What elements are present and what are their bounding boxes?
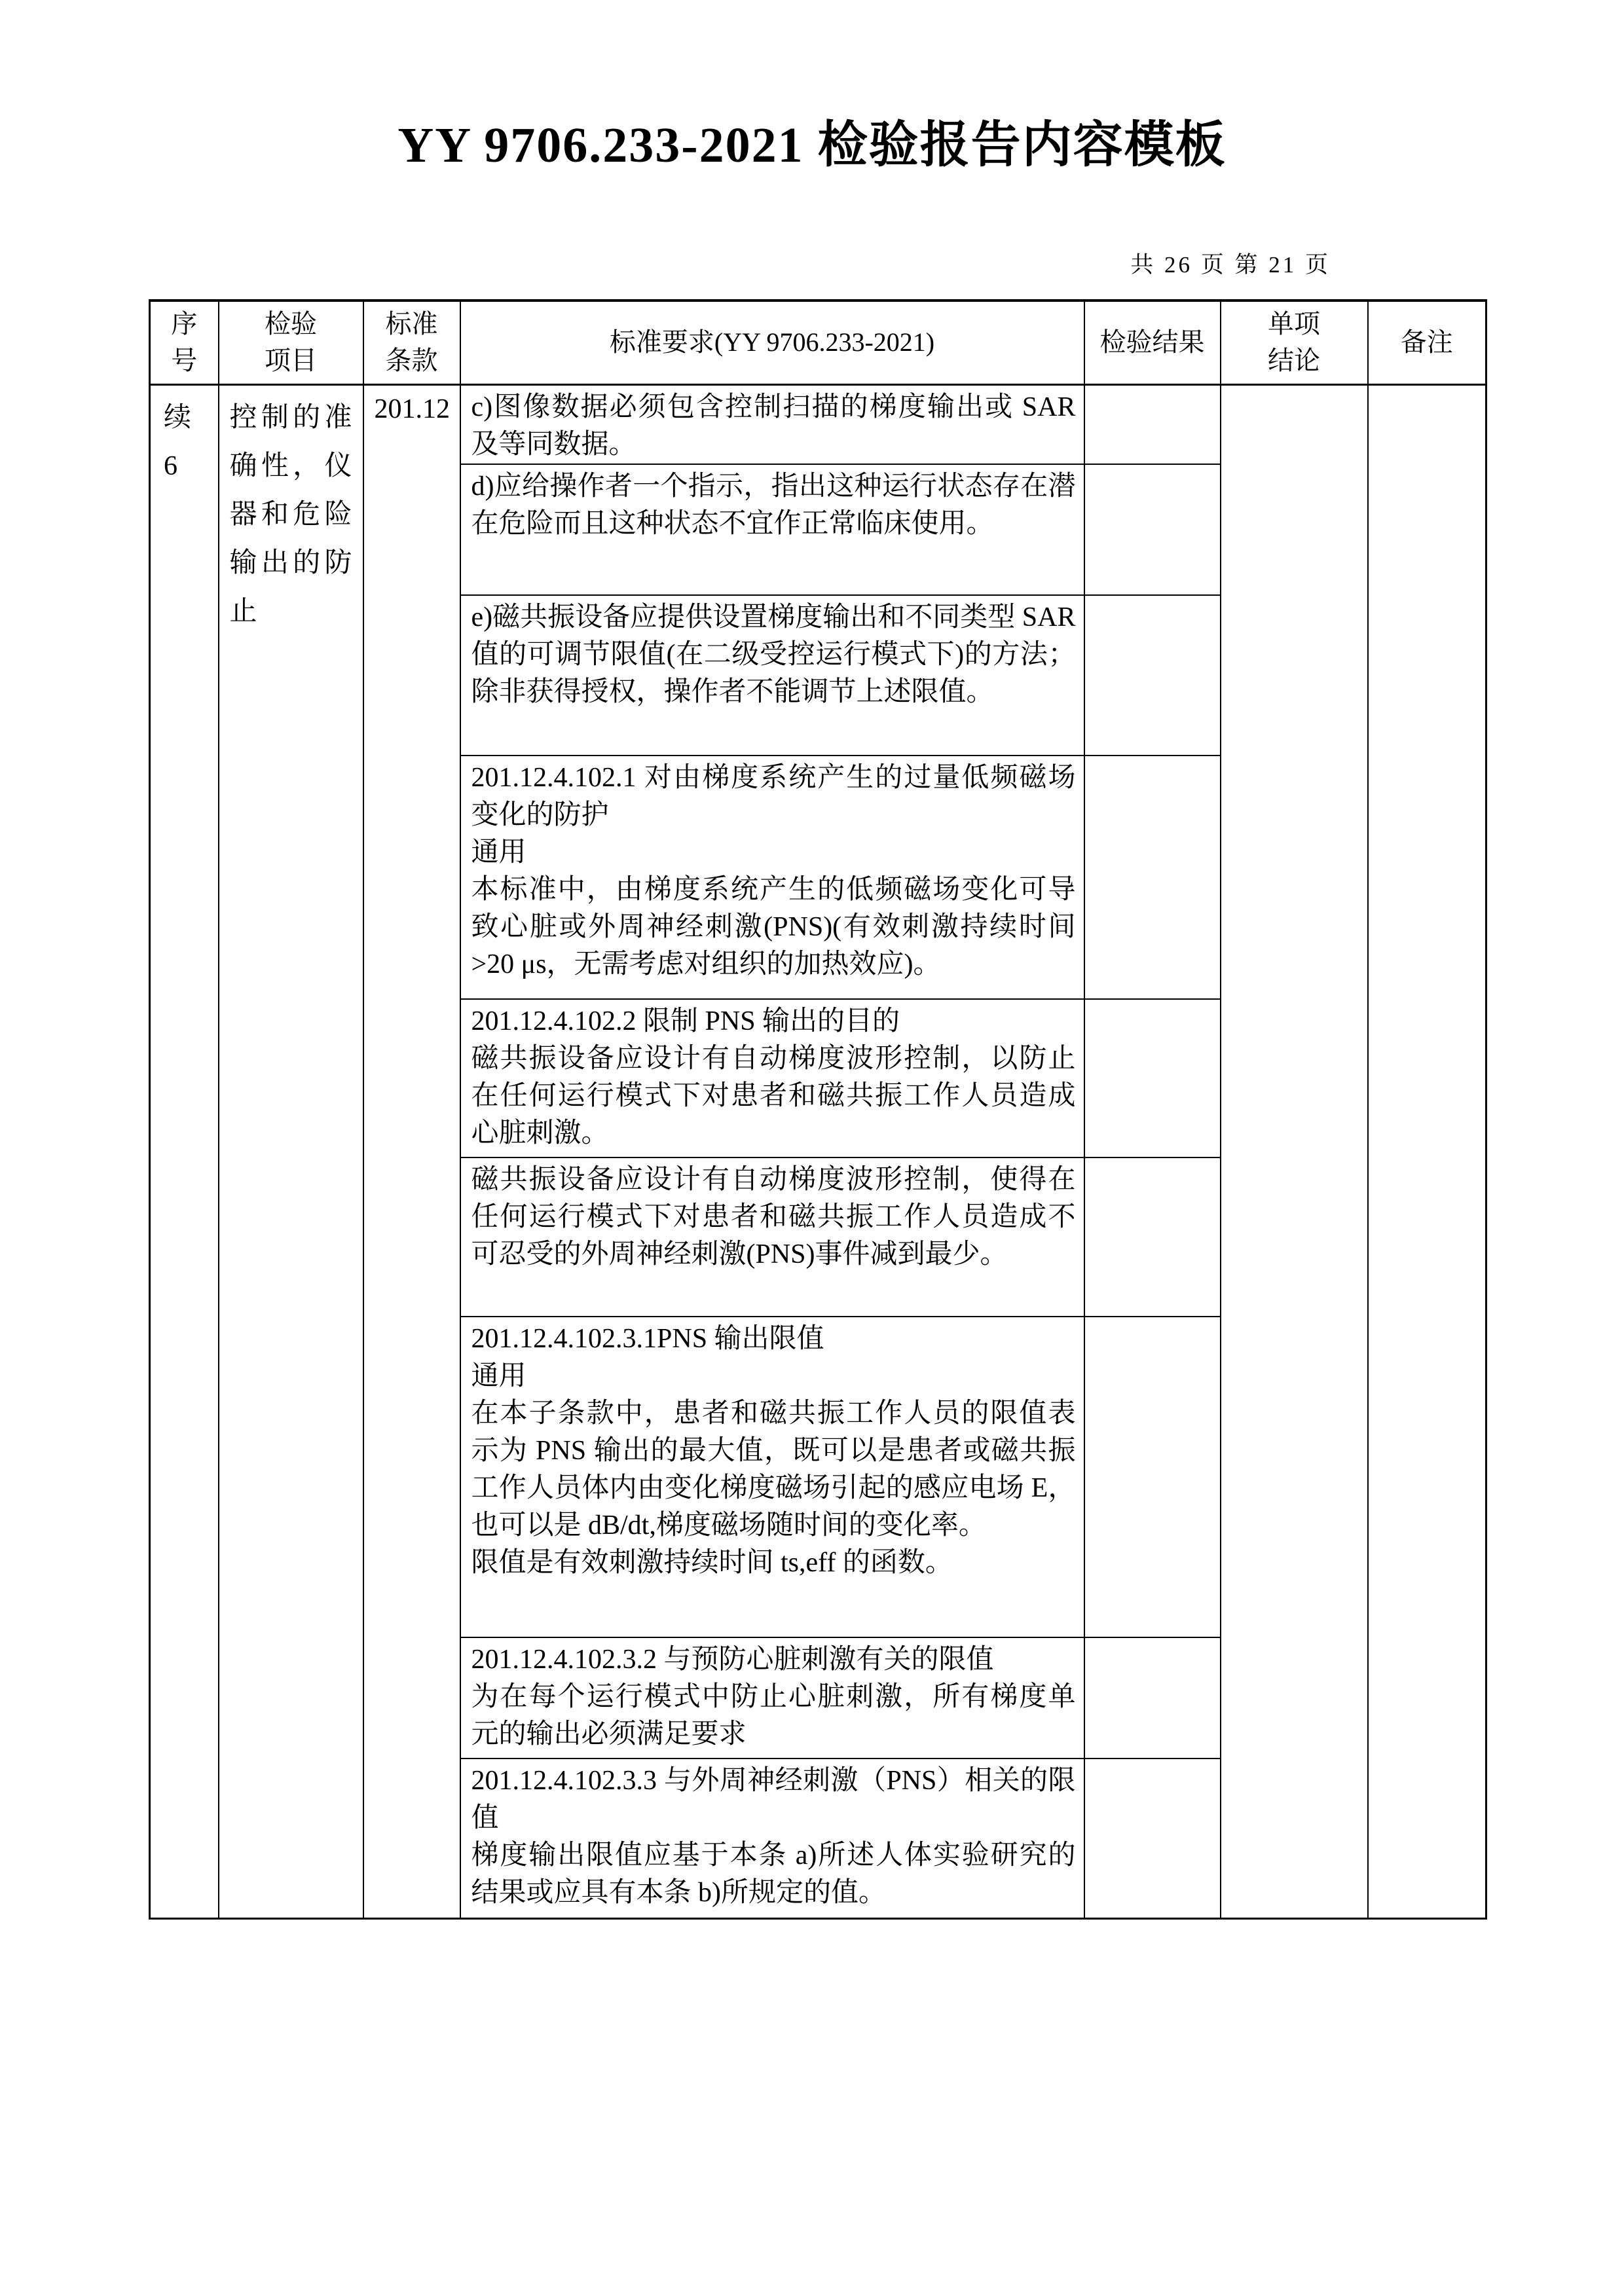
header-item: 检验 项目: [219, 301, 363, 384]
cell-inspection-item: 控制的准确性，仪器和危险输出的防止: [219, 384, 363, 1919]
header-result: 检验结果: [1084, 301, 1221, 384]
requirement-cell-5: 201.12.4.102.2 限制 PNS 输出的目的 磁共振设备应设计有自动梯…: [460, 999, 1084, 1157]
header-seq: 序 号: [150, 301, 219, 384]
header-requirement: 标准要求(YY 9706.233-2021): [460, 301, 1084, 384]
remark-cell: [1368, 384, 1486, 1919]
document-title: YY 9706.233-2021 检验报告内容模板: [0, 113, 1624, 178]
result-cell-6: [1084, 1157, 1221, 1317]
requirement-cell-6: 磁共振设备应设计有自动梯度波形控制，使得在任何运行模式下对患者和磁共振工作人员造…: [460, 1157, 1084, 1317]
result-cell-2: [1084, 464, 1221, 595]
requirement-cell-2: d)应给操作者一个指示，指出这种运行状态存在潜在危险而且这种状态不宜作正常临床使…: [460, 464, 1084, 595]
result-cell-4: [1084, 756, 1221, 999]
requirement-cell-8: 201.12.4.102.3.2 与预防心脏刺激有关的限值 为在每个运行模式中防…: [460, 1637, 1084, 1758]
cell-seq-number: 续 6: [150, 384, 219, 1919]
requirement-row: 续 6 控制的准确性，仪器和危险输出的防止 201.12 c)图像数据必须包含控…: [150, 384, 1486, 464]
requirement-cell-1: c)图像数据必须包含控制扫描的梯度输出或 SAR 及等同数据。: [460, 384, 1084, 464]
cell-standard-clause: 201.12: [363, 384, 460, 1919]
table-header-row: 序 号 检验 项目 标准 条款 标准要求(YY 9706.233-2021) 检…: [150, 301, 1486, 384]
result-cell-5: [1084, 999, 1221, 1157]
result-cell-8: [1084, 1637, 1221, 1758]
requirement-cell-9: 201.12.4.102.3.3 与外周神经刺激（PNS）相关的限值 梯度输出限…: [460, 1758, 1084, 1919]
document-page: YY 9706.233-2021 检验报告内容模板 共 26 页 第 21 页 …: [0, 0, 1624, 2296]
requirement-cell-4: 201.12.4.102.1 对由梯度系统产生的过量低频磁场变化的防护 通用 本…: [460, 756, 1084, 999]
inspection-report-table: 序 号 检验 项目 标准 条款 标准要求(YY 9706.233-2021) 检…: [149, 299, 1487, 1920]
result-cell-1: [1084, 384, 1221, 464]
result-cell-3: [1084, 595, 1221, 756]
header-clause: 标准 条款: [363, 301, 460, 384]
header-remark: 备注: [1368, 301, 1486, 384]
conclusion-cell: [1221, 384, 1368, 1919]
requirement-cell-3: e)磁共振设备应提供设置梯度输出和不同类型 SAR 值的可调节限值(在二级受控运…: [460, 595, 1084, 756]
requirement-cell-7: 201.12.4.102.3.1PNS 输出限值 通用 在本子条款中，患者和磁共…: [460, 1317, 1084, 1637]
result-cell-7: [1084, 1317, 1221, 1637]
header-conclusion: 单项 结论: [1221, 301, 1368, 384]
result-cell-9: [1084, 1758, 1221, 1919]
page-count-indicator: 共 26 页 第 21 页: [1130, 251, 1331, 279]
